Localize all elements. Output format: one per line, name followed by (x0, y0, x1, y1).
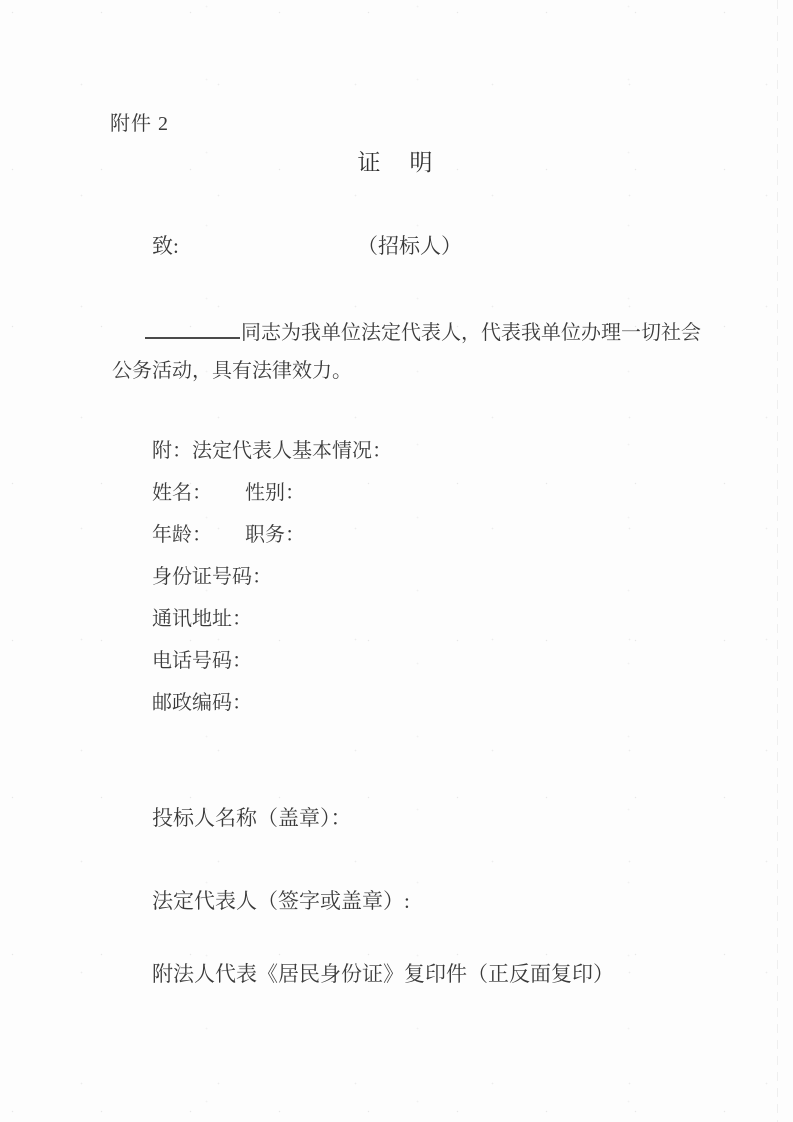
bidder-name-seal-label: 投标人名称（盖章）： (152, 806, 352, 830)
scan-artifact-edge-line (777, 0, 778, 1122)
name-blank-underline (145, 317, 240, 339)
field-label-postal-code: 邮政编码： (152, 691, 252, 715)
id-card-copy-note: 附法人代表《居民身份证》复印件（正反面复印） (152, 962, 614, 986)
declaration-line-1: 同志为我单位法定代表人，代表我单位办理一切社会 (145, 317, 701, 345)
legal-representative-signature-label: 法定代表人（签字或盖章）: (152, 889, 410, 913)
field-label-id-number: 身份证号码： (152, 565, 272, 589)
field-label-address: 通讯地址： (152, 607, 252, 631)
field-label-phone: 电话号码： (152, 649, 252, 673)
field-label-age: 年龄： (152, 523, 212, 547)
declaration-line-2: 公务活动，具有法律效力。 (112, 359, 352, 383)
field-label-gender: 性别： (245, 481, 305, 505)
declaration-text-1: 同志为我单位法定代表人，代表我单位办理一切社会 (241, 322, 701, 344)
salutation-to-label: 致: (152, 234, 179, 258)
salutation-recipient-label: （招标人） (357, 234, 462, 258)
field-label-name: 姓名： (152, 481, 212, 505)
document-title: 证 明 (0, 151, 793, 175)
attachment-label: 附件 2 (110, 112, 169, 136)
field-label-position: 职务： (245, 523, 305, 547)
basic-info-heading: 附：法定代表人基本情况： (152, 439, 392, 463)
scanned-document-page: 附件 2 证 明 致: （招标人） 同志为我单位法定代表人，代表我单位办理一切社… (0, 0, 793, 1122)
